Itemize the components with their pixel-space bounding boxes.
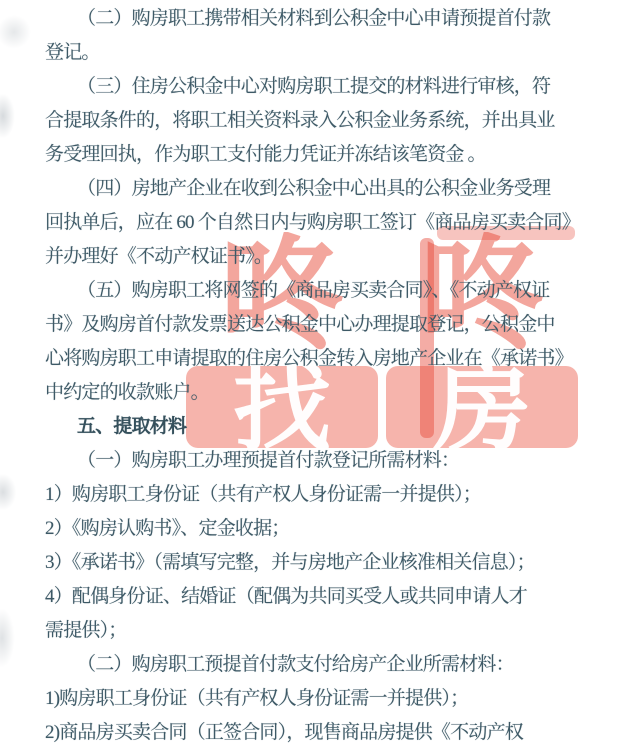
doc-line: 回执单后，应在 60 个自然日内与购房职工签订《商品房买卖合同》 <box>45 206 588 240</box>
doc-section-heading: 五、提取材料 <box>45 410 588 444</box>
doc-line: 1）购房职工身份证（共有产权人身份证需一并提供）； <box>45 478 588 512</box>
doc-line: 并办理好《不动产权证书》。 <box>45 240 588 274</box>
document-text: （二）购房职工携带相关材料到公积金中心申请预提首付款 登记。 （三）住房公积金中… <box>0 0 624 750</box>
doc-line: 3）《承诺书》（需填写完整，并与房地产企业核准相关信息）； <box>45 546 588 580</box>
doc-line: 务受理回执，作为职工支付能力凭证并冻结该笔资金 。 <box>45 138 588 172</box>
doc-line: 需提供）； <box>45 614 588 648</box>
doc-line: （五）购房职工将网签的《商品房买卖合同》、《不动产权证 <box>45 274 588 308</box>
doc-line: 中约定的收款账户。 <box>45 376 588 410</box>
doc-line: 合提取条件的，将职工相关资料录入公积金业务系统，并出具业 <box>45 104 588 138</box>
doc-line: 1)购房职工身份证（共有产权人身份证需一并提供）； <box>45 682 588 716</box>
doc-line: 登记。 <box>45 36 588 70</box>
doc-line: （一）购房职工办理预提首付款登记所需材料： <box>45 444 588 478</box>
doc-line: 心将购房职工申请提取的住房公积金转入房地产企业在《承诺书》 <box>45 342 588 376</box>
doc-line: 4）配偶身份证、结婚证（配偶为共同买受人或共同申请人才 <box>45 580 588 614</box>
doc-line: 书》及购房首付款发票送达公积金中心办理提取登记，公积金中 <box>45 308 588 342</box>
doc-line: 2)商品房买卖合同（正签合同），现售商品房提供《不动产权 <box>45 716 588 750</box>
doc-line: （二）购房职工携带相关材料到公积金中心申请预提首付款 <box>45 2 588 36</box>
doc-line: （二）购房职工预提首付款支付给房产企业所需材料： <box>45 648 588 682</box>
doc-line: 2）《购房认购书》、定金收据； <box>45 512 588 546</box>
doc-line: （四）房地产企业在收到公积金中心出具的公积金业务受理 <box>45 172 588 206</box>
document-page: 咚 咚 找 房 （二）购房职工携带相关材料到公积金中心申请预提首付款 登记。 （… <box>0 0 624 754</box>
doc-line: （三）住房公积金中心对购房职工提交的材料进行审核，符 <box>45 70 588 104</box>
